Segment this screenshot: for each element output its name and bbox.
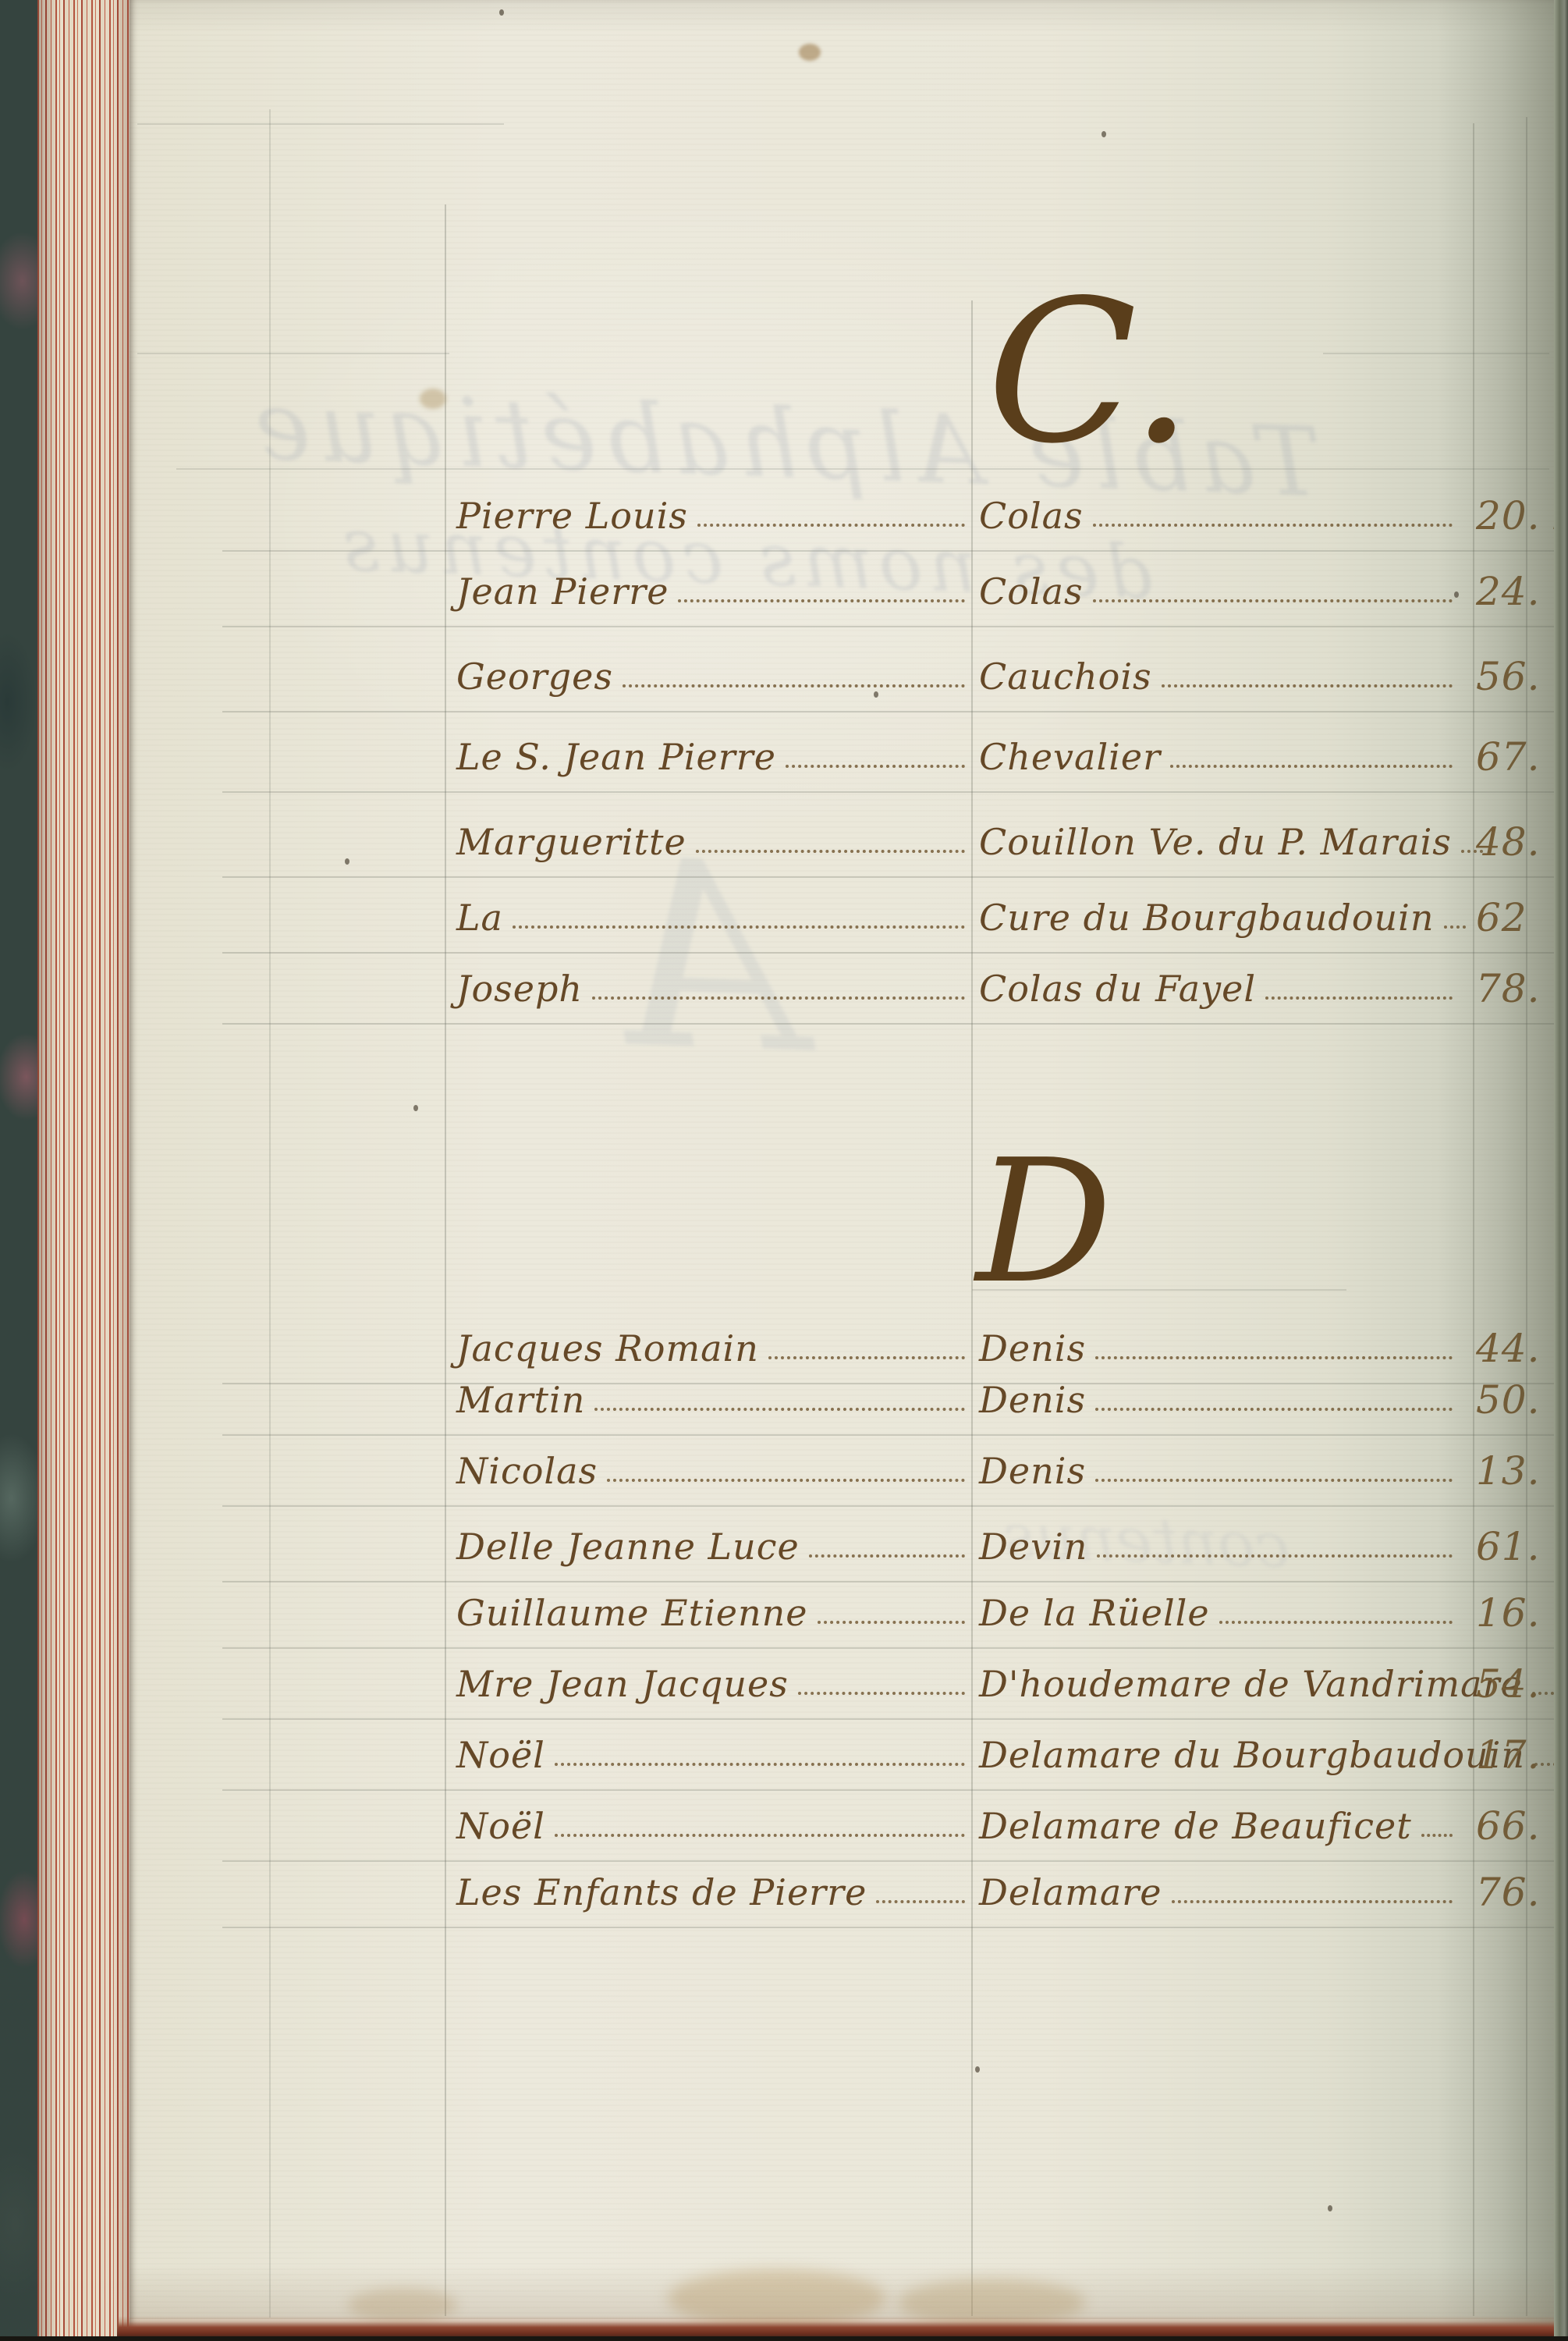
surname: De la Rüelle [979, 1593, 1210, 1636]
given-name-cell: Jean Pierre [456, 571, 971, 615]
given-name-cell: Les Enfants de Pierre [456, 1872, 971, 1916]
section-letter-c: C. [987, 275, 1193, 471]
pencil-row-rule [222, 1023, 1557, 1025]
table-row: Noël Delamare de Beauficet 66. [269, 1775, 1549, 1849]
dot-leader [809, 1554, 965, 1558]
surname-cell: Denis [979, 1380, 1459, 1423]
surname: Cure du Bourgbaudouin [979, 897, 1435, 941]
surname: Colas [979, 571, 1084, 615]
table-row: Nicolas Denis 13. [269, 1420, 1549, 1494]
bottom-dark-edge [0, 2336, 1568, 2341]
pencil-rule-horizontal [137, 353, 449, 354]
page-curve-shadow [1437, 0, 1554, 2341]
surname-cell: Cauchois [979, 656, 1459, 700]
surname-cell: Cure du Bourgbaudouin [979, 897, 1459, 941]
table-row: Margueritte Couillon Ve. du P. Marais 48… [269, 791, 1549, 865]
dot-leader [1219, 1621, 1453, 1624]
given-name-cell: Le S. Jean Pierre [456, 737, 971, 780]
given-name-cell: Martin [456, 1380, 971, 1423]
given-name: Jean Pierre [456, 571, 669, 615]
table-row: Guillaume Etienne De la Rüelle 16. [269, 1562, 1549, 1636]
given-name: Noël [456, 1735, 545, 1778]
section-letter-d: D [976, 1138, 1112, 1308]
red-dyed-page-edges [37, 0, 129, 2341]
table-row: Le S. Jean Pierre Chevalier 67. [269, 706, 1549, 780]
speck [499, 9, 504, 16]
surname-cell: Colas [979, 496, 1459, 539]
surname-cell: De la Rüelle [979, 1593, 1459, 1636]
dot-leader [1170, 765, 1453, 768]
given-name: Guillaume Etienne [456, 1593, 808, 1636]
dot-leader [678, 599, 965, 602]
dot-leader [786, 765, 965, 768]
surname: Chevalier [979, 737, 1161, 780]
stain [420, 389, 446, 409]
dot-leader [623, 684, 965, 687]
dot-leader [1095, 1479, 1453, 1482]
stain [799, 44, 821, 61]
given-name-cell: La [456, 897, 971, 941]
speck [413, 1105, 418, 1111]
speck [1328, 2205, 1332, 2211]
dot-leader [696, 850, 965, 853]
bottom-shadow [129, 2265, 1554, 2319]
right-page-edge [1554, 0, 1568, 2341]
dot-leader [555, 1834, 965, 1837]
surname: Delamare [979, 1872, 1162, 1916]
manuscript-index-page: Table Alphabétique des noms contenus A c… [129, 0, 1554, 2341]
pencil-rule-vertical [269, 109, 271, 2318]
table-row: Noël Delamare du Bourgbaudouin 17. [269, 1704, 1549, 1778]
given-name-cell: Noël [456, 1735, 971, 1778]
given-name: Pierre Louis [456, 496, 688, 539]
given-name: Martin [456, 1380, 585, 1423]
given-name-cell: Joseph [456, 968, 971, 1012]
given-name: Margueritte [456, 822, 686, 865]
table-row: La Cure du Bourgbaudouin 62 [269, 867, 1549, 941]
given-name-cell: Margueritte [456, 822, 971, 865]
surname: Denis [979, 1380, 1086, 1423]
given-name-cell: Georges [456, 656, 971, 700]
given-name-cell: Pierre Louis [456, 496, 971, 539]
speck [345, 858, 349, 865]
surname: Cauchois [979, 656, 1152, 700]
dot-leader [798, 1692, 965, 1695]
surname: Colas [979, 496, 1084, 539]
given-name: Mre Jean Jacques [456, 1664, 789, 1707]
surname-cell: D'houdemare de Vandrimare [979, 1664, 1459, 1707]
table-row: Jean Pierre Colas 24. [269, 541, 1549, 615]
dot-leader [594, 1408, 965, 1411]
surname-cell: Colas du Fayel [979, 968, 1459, 1012]
surname-cell: Colas [979, 571, 1459, 615]
given-name: La [456, 897, 503, 941]
given-name: Joseph [456, 968, 583, 1012]
given-name: Le S. Jean Pierre [456, 737, 776, 780]
surname: Couillon Ve. du P. Marais [979, 822, 1452, 865]
surname-cell: Delamare du Bourgbaudouin [979, 1735, 1459, 1778]
surname-cell: Couillon Ve. du P. Marais [979, 822, 1459, 865]
surname-cell: Chevalier [979, 737, 1459, 780]
dot-leader [513, 925, 965, 929]
speck [975, 2066, 980, 2073]
marbled-board-edge [0, 0, 37, 2341]
given-name: Nicolas [456, 1451, 598, 1494]
table-row: Martin Denis 50. [269, 1349, 1549, 1423]
dot-leader [1093, 599, 1453, 602]
table-row: Joseph Colas du Fayel 78. [269, 938, 1549, 1012]
pencil-rule-horizontal [137, 123, 504, 125]
dot-leader [818, 1621, 966, 1624]
surname: Denis [979, 1451, 1086, 1494]
given-name-cell: Nicolas [456, 1451, 971, 1494]
dot-leader [1265, 996, 1453, 1000]
surname-cell: Delamare [979, 1872, 1459, 1916]
pencil-row-rule [222, 1927, 1557, 1928]
dot-leader [592, 996, 965, 1000]
table-row: Georges Cauchois 56. [269, 626, 1549, 700]
table-row: Delle Jeanne Luce Devin 61. [269, 1496, 1549, 1570]
book-page-photo: Table Alphabétique des noms contenus A c… [0, 0, 1568, 2341]
given-name: Les Enfants de Pierre [456, 1872, 867, 1916]
dot-leader [697, 524, 965, 527]
table-row: Les Enfants de Pierre Delamare 76. [269, 1842, 1549, 1916]
dot-leader [1162, 684, 1453, 687]
dot-leader [1097, 1554, 1453, 1558]
surname-cell: Denis [979, 1451, 1459, 1494]
given-name: Georges [456, 656, 613, 700]
given-name-cell: Guillaume Etienne [456, 1593, 971, 1636]
dot-leader [1172, 1900, 1453, 1903]
dot-leader [555, 1763, 965, 1766]
dot-leader [607, 1479, 965, 1482]
dot-leader [1093, 524, 1453, 527]
dot-leader [876, 1900, 965, 1903]
table-row: Mre Jean Jacques D'houdemare de Vandrima… [269, 1633, 1549, 1707]
given-name-cell: Mre Jean Jacques [456, 1664, 971, 1707]
speck [874, 691, 878, 698]
surname: Colas du Fayel [979, 968, 1256, 1012]
table-row: Pierre Louis Colas 20. 22. [269, 465, 1549, 539]
speck [1102, 131, 1106, 137]
dot-leader [1095, 1408, 1453, 1411]
